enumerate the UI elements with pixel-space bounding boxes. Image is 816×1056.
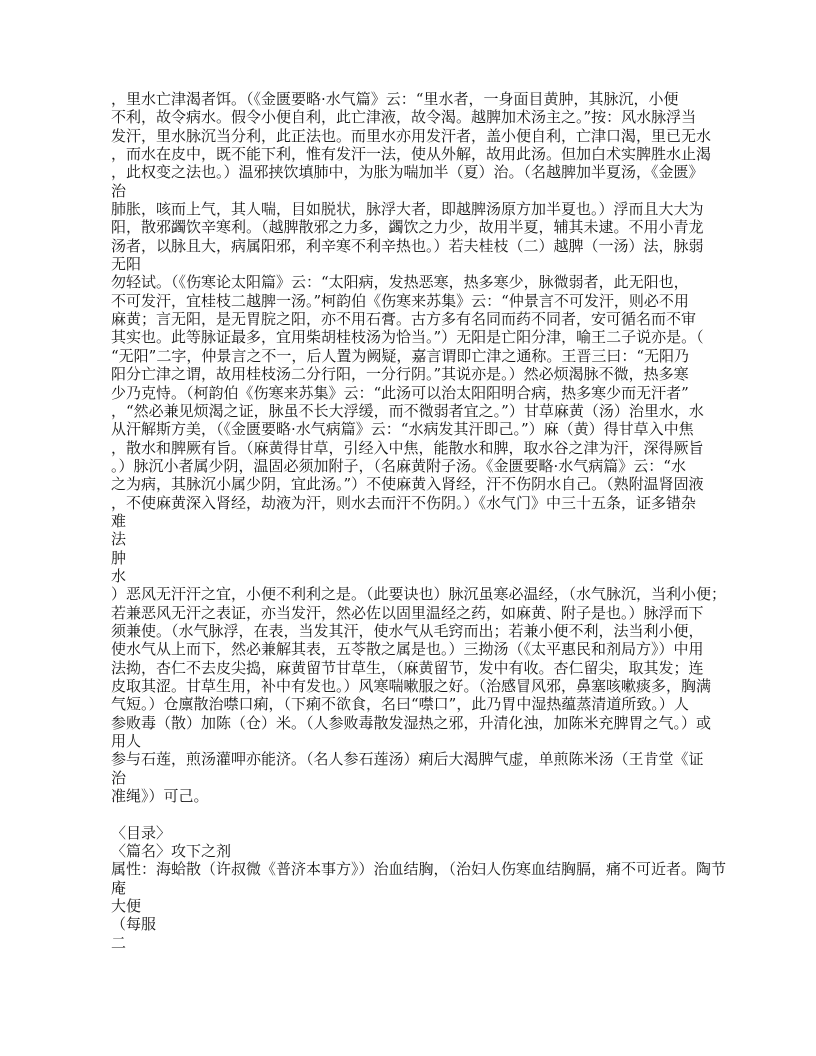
main-paragraph: ，里水亡津渴者饵。（《金匮要略·水气篇》云：“里水者，一身面目黄肿，其脉沉，小便… [111, 90, 726, 805]
document-page: ，里水亡津渴者饵。（《金匮要略·水气篇》云：“里水者，一身面目黄肿，其脉沉，小便… [0, 0, 816, 1056]
entry-text: 属性：海蛤散（许叔微《普济本事方》）治血结胸，（治妇人伤寒血结胸膈，痛不可近者。… [111, 860, 726, 952]
section-title: 〈篇名〉攻下之剂 [111, 842, 726, 860]
toc-marker: 〈目录〉 [111, 824, 726, 842]
document-text: ，里水亡津渴者饵。（《金匮要略·水气篇》云：“里水者，一身面目黄肿，其脉沉，小便… [111, 90, 726, 952]
